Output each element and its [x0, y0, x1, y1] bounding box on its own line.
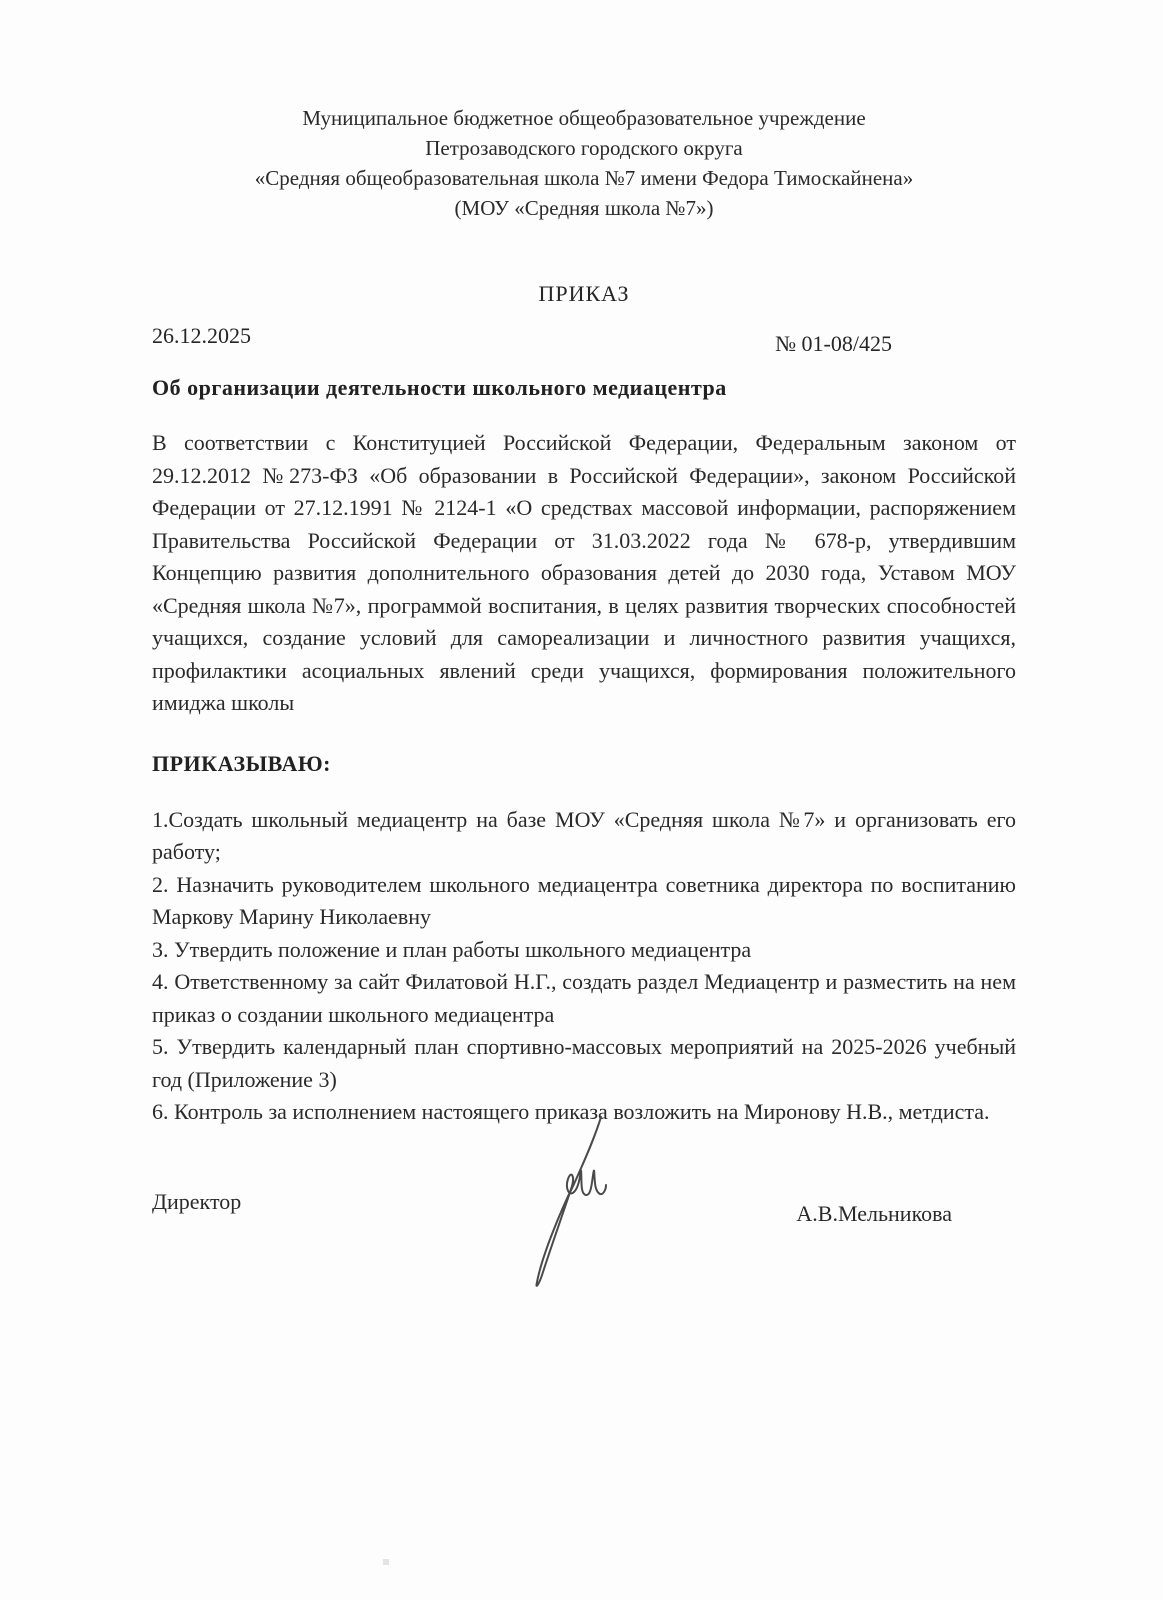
org-header-line-3: «Средняя общеобразовательная школа №7 им… [152, 163, 1016, 193]
decree-item-3: 3. Утвердить положение и план работы шко… [152, 934, 1016, 967]
decree-item-5: 5. Утвердить календарный план спортивно-… [152, 1031, 1016, 1096]
date-number-row: 26.12.2025 № 01-08/425 [152, 323, 1016, 349]
decree-list: 1.Создать школьный медиацентр на базе МО… [152, 804, 1016, 1129]
order-heading: ПРИКАЗ [152, 281, 1016, 307]
scanned-order-page: Муниципальное бюджетное общеобразователь… [0, 0, 1163, 1600]
signer-name: А.В.Мельникова [796, 1199, 952, 1229]
decree-heading: ПРИКАЗЫВАЮ: [152, 750, 1016, 778]
signature-row: Директор А.В.Мельникова [152, 1187, 1016, 1217]
signer-position-label: Директор [152, 1187, 241, 1217]
decree-item-2: 2. Назначить руководителем школьного мед… [152, 869, 1016, 934]
scan-artifact-speck [383, 1559, 389, 1565]
order-date: 26.12.2025 [152, 323, 251, 349]
org-header-line-2: Петрозаводского городского округа [152, 133, 1016, 163]
org-header-line-4: (МОУ «Средняя школа №7») [152, 193, 1016, 223]
organization-header: Муниципальное бюджетное общеобразователь… [152, 103, 1016, 223]
decree-item-1: 1.Создать школьный медиацентр на базе МО… [152, 804, 1016, 869]
order-preamble: В соответствии с Конституцией Российской… [152, 427, 1016, 720]
org-header-line-1: Муниципальное бюджетное общеобразователь… [152, 103, 1016, 133]
decree-item-6: 6. Контроль за исполнением настоящего пр… [152, 1096, 1016, 1129]
order-number: № 01-08/425 [775, 331, 892, 357]
order-subject: Об организации деятельности школьного ме… [152, 375, 1016, 401]
decree-item-4: 4. Ответственному за сайт Филатовой Н.Г.… [152, 966, 1016, 1031]
